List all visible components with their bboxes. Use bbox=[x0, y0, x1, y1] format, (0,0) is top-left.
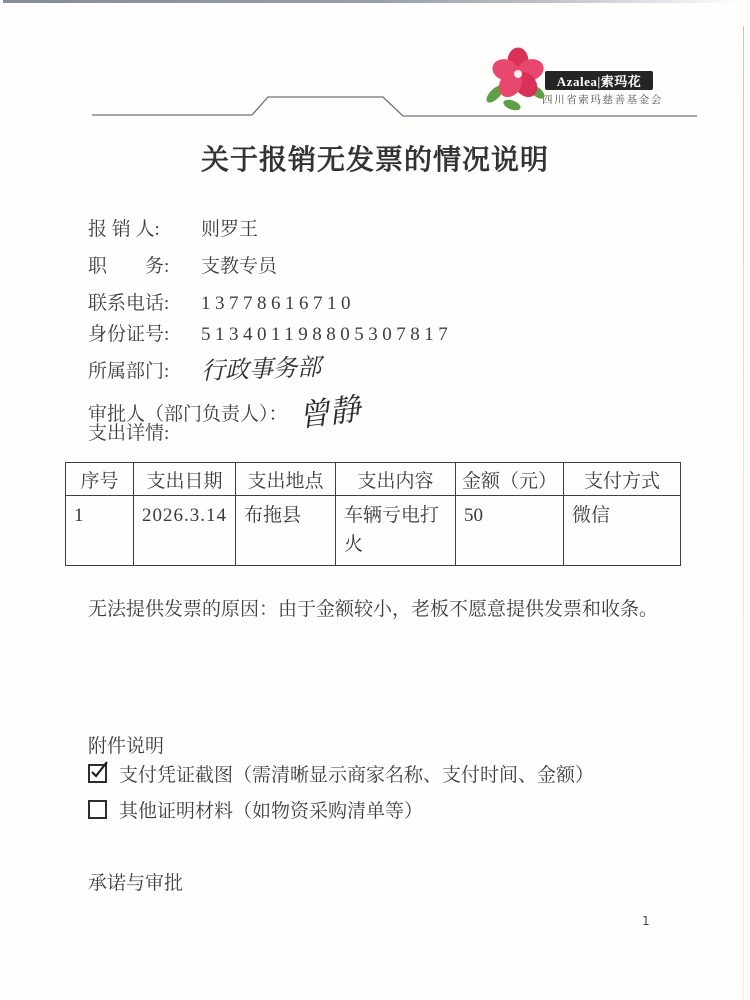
table-header-row: 序号 支出日期 支出地点 支出内容 金额（元） 支付方式 bbox=[66, 463, 681, 496]
other-materials-checkbox bbox=[88, 800, 107, 819]
field-row-phone: 联系电话:13778616710 bbox=[88, 288, 355, 315]
col-header-location: 支出地点 bbox=[236, 463, 336, 496]
col-header-date: 支出日期 bbox=[134, 463, 236, 496]
attachment-label: 其他证明材料（如物资采购清单等） bbox=[119, 796, 423, 823]
approver-signature: 曾静 bbox=[295, 383, 362, 435]
col-header-payment: 支付方式 bbox=[564, 463, 681, 496]
attachment-label: 支付凭证截图（需清晰显示商家名称、支付时间、金额） bbox=[119, 760, 594, 787]
col-header-content: 支出内容 bbox=[336, 463, 456, 496]
cell-location: 布拖县 bbox=[236, 496, 336, 566]
field-row-department: 所属部门:行政事务部 bbox=[88, 349, 321, 384]
cell-index: 1 bbox=[66, 496, 134, 566]
cell-date: 2026.3.14 bbox=[134, 496, 236, 566]
payment-proof-checkbox bbox=[88, 764, 107, 783]
cell-content: 车辆亏电打火 bbox=[336, 496, 456, 566]
field-row-expense-details: 支出详情: bbox=[88, 418, 169, 445]
logo-brand-box: Azalea|索玛花 bbox=[545, 71, 653, 90]
field-label: 所属部门: bbox=[88, 356, 185, 383]
attachment-item-other-materials: 其他证明材料（如物资采购清单等） bbox=[88, 796, 423, 823]
reimburser-name: 则罗王 bbox=[201, 219, 258, 240]
table-row: 1 2026.3.14 布拖县 车辆亏电打火 50 微信 bbox=[66, 496, 681, 566]
col-header-index: 序号 bbox=[66, 463, 134, 496]
field-row-reimburser: 报 销 人:则罗王 bbox=[88, 214, 258, 241]
check-mark-icon bbox=[90, 763, 108, 781]
logo-org-name: 四川省索玛慈善基金会 bbox=[542, 92, 663, 107]
position-value: 支教专员 bbox=[201, 256, 277, 277]
field-row-position: 职 务:支教专员 bbox=[88, 251, 277, 278]
flower-center bbox=[514, 70, 522, 78]
field-row-id-number: 身份证号:513401198805307817 bbox=[88, 319, 452, 346]
scan-top-edge bbox=[3, 0, 740, 3]
attachment-item-payment-proof: 支付凭证截图（需清晰显示商家名称、支付时间、金额） bbox=[88, 760, 594, 787]
promise-approval-heading: 承诺与审批 bbox=[88, 868, 183, 895]
no-invoice-reason: 无法提供发票的原因：由于金额较小，老板不愿意提供发票和收条。 bbox=[88, 594, 658, 621]
page-number: 1 bbox=[642, 914, 650, 928]
field-label: 支出详情: bbox=[88, 423, 169, 444]
field-label: 联系电话: bbox=[88, 288, 185, 315]
document-page: Azalea|索玛花 四川省索玛慈善基金会 关于报销无发票的情况说明 报 销 人… bbox=[0, 0, 750, 1000]
phone-number: 13778616710 bbox=[201, 293, 355, 314]
expense-table: 序号 支出日期 支出地点 支出内容 金额（元） 支付方式 1 2026.3.14… bbox=[65, 462, 681, 566]
logo-brand-text: Azalea|索玛花 bbox=[557, 71, 641, 90]
cell-amount: 50 bbox=[456, 496, 564, 566]
field-label: 报 销 人: bbox=[88, 214, 185, 241]
col-header-amount: 金额（元） bbox=[456, 463, 564, 496]
attachments-heading: 附件说明 bbox=[88, 731, 164, 758]
document-title: 关于报销无发票的情况说明 bbox=[0, 138, 750, 178]
azalea-flower-icon bbox=[481, 42, 553, 112]
field-label: 身份证号: bbox=[88, 319, 185, 346]
leaf-shape bbox=[502, 98, 522, 112]
cell-payment: 微信 bbox=[564, 496, 681, 566]
field-label: 职 务: bbox=[88, 251, 185, 278]
department-handwritten: 行政事务部 bbox=[200, 347, 321, 386]
id-number: 513401198805307817 bbox=[201, 324, 452, 345]
